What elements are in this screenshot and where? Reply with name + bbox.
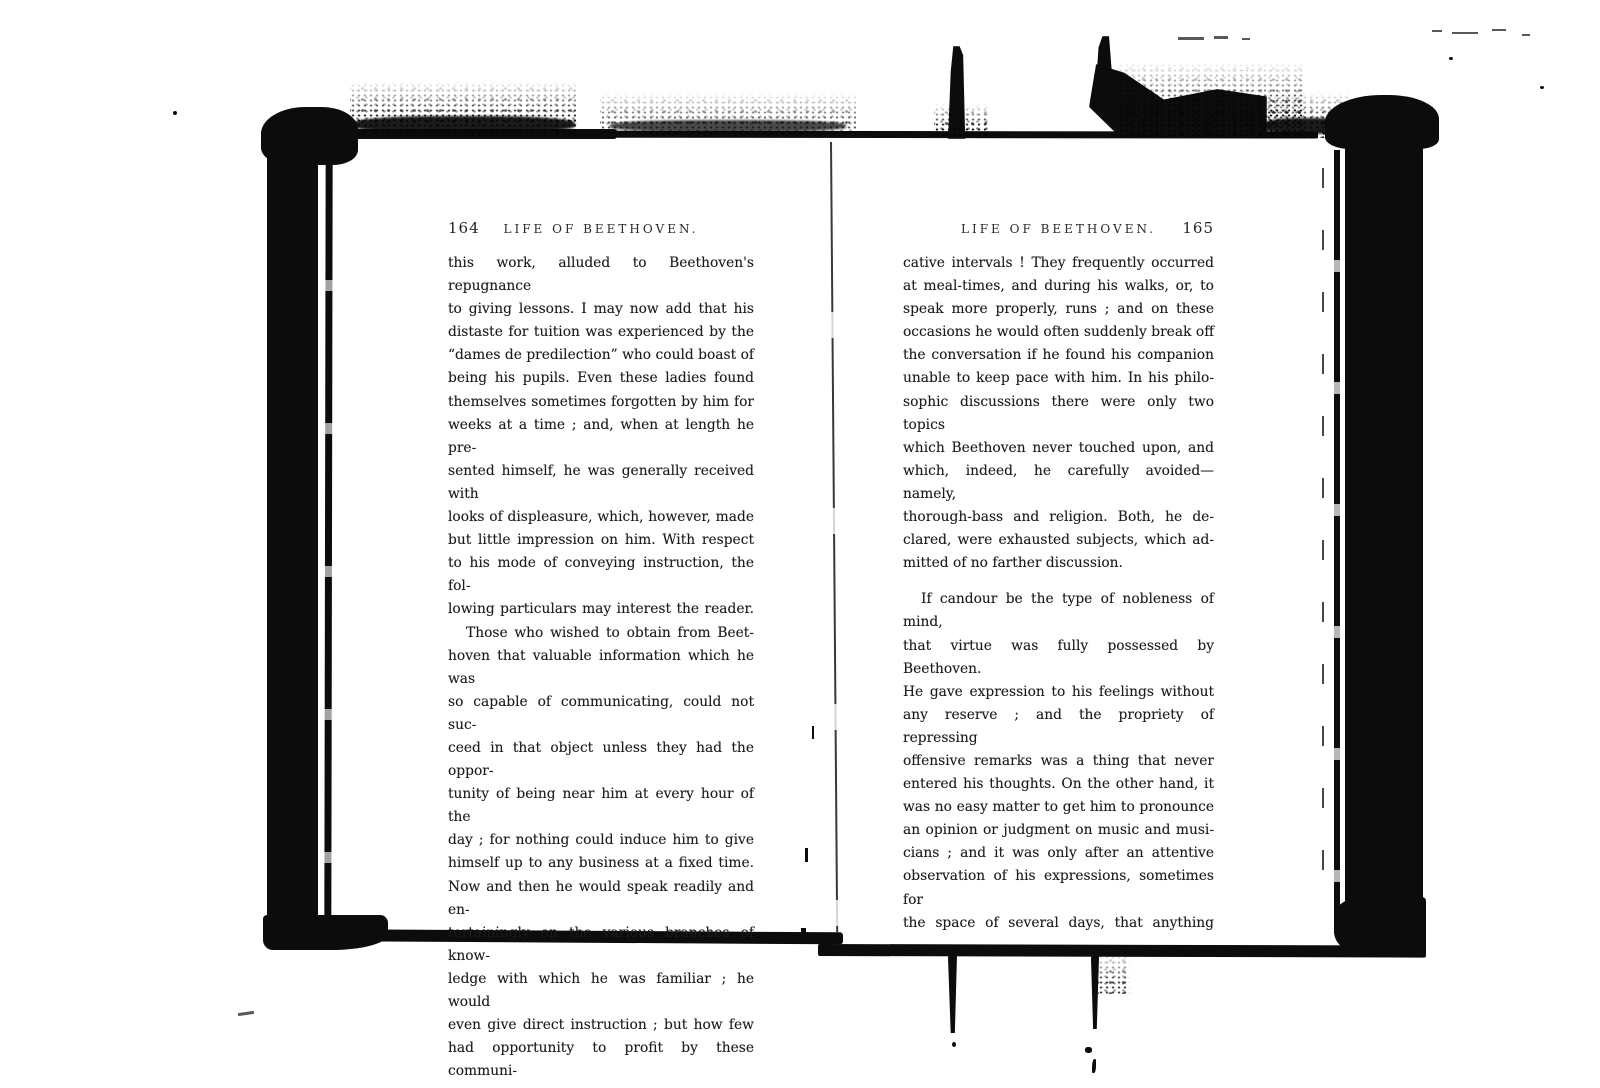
text-line: unable to keep pace with him. In his phi… [903,367,1214,390]
text-line: observation of his expressions, sometime… [903,865,1214,911]
right-page-edge-line [1334,150,1340,932]
ink-dash [1214,36,1228,39]
ink-dot [952,1042,956,1047]
text-line: cians ; and it was only after an attenti… [903,842,1214,865]
text-line: sophic discussions there were only two t… [903,391,1214,437]
text-line: being his pupils. Even these ladies foun… [448,367,754,390]
text-line: sented himself, he was generally receive… [448,460,754,506]
ink-smudge-cloud [1098,950,1130,994]
text-line: offensive remarks was a thing that never [903,750,1214,773]
text-line: “dames de predilection” who could boast … [448,344,754,367]
text-line: lowing particulars may interest the read… [448,598,754,621]
ink-dot [1085,1047,1092,1053]
text-line: even give direct instruction ; but how f… [448,1014,754,1037]
left-book-edge-corner-blob [261,107,358,165]
text-line: ledge with which he was familiar ; he wo… [448,968,754,1014]
text-line: He gave expression to his feelings witho… [903,681,1214,704]
text-line: ceed in that object unless they had the … [448,737,754,783]
left-running-head: LIFE OF BEETHOVEN. [448,222,754,236]
text-line: this work, alluded to Beethoven's repugn… [448,252,754,298]
text-line: so capable of communicating, could not s… [448,691,754,737]
left-book-edge-ink-band [267,118,318,948]
text-line: to giving lessons. I may now add that hi… [448,298,754,321]
gutter-tick [812,726,814,739]
text-line: to his mode of conveying instruction, th… [448,552,754,598]
text-line: occasions he would often suddenly break … [903,321,1214,344]
text-line: himself up to any business at a fixed ti… [448,852,754,875]
text-line: the conversation if he found his compani… [903,344,1214,367]
text-line: was no easy matter to get him to pronoun… [903,796,1214,819]
text-line: distaste for tuition was experienced by … [448,321,754,344]
ink-dot [173,111,177,115]
text-line: entered his thoughts. On the other hand,… [903,773,1214,796]
gutter-tick [805,848,808,862]
ink-dash [1432,30,1442,32]
right-book-edge-corner-blob [1325,95,1439,149]
left-page-edge-line [324,148,332,926]
text-line: tertainingly on the various branches of … [448,922,754,968]
ink-smudge-cloud [934,102,988,138]
left-page-text: this work, alluded to Beethoven's repugn… [448,252,754,1083]
ink-dash [238,1011,254,1016]
text-line: that virtue was fully possessed by Beeth… [903,635,1214,681]
ink-dot [1449,57,1453,60]
ink-smudge-strip [610,120,846,132]
text-line: thorough-bass and religion. Both, he de- [903,506,1214,529]
text-line: any reserve ; and the propriety of repre… [903,704,1214,750]
right-page-header: LIFE OF BEETHOVEN. 165 [903,219,1214,241]
ink-dash [1452,32,1478,34]
scanned-book-spread: 164 LIFE OF BEETHOVEN. this work, allude… [0,0,1600,1088]
right-folio-number: 165 [1182,219,1214,237]
paragraph: this work, alluded to Beethoven's repugn… [448,252,754,622]
text-line: Now and then he would speak readily and … [448,876,754,922]
gutter-tick [801,928,806,934]
text-line: hoven that valuable information which he… [448,645,754,691]
text-line: but little impression on him. With respe… [448,529,754,552]
text-line: speak more properly, runs ; and on these [903,298,1214,321]
text-line: mitted of no farther discussion. [903,552,1214,575]
paragraph: If candour be the type of nobleness of m… [903,588,1214,934]
text-line: tunity of being near him at every hour o… [448,783,754,829]
text-line: cative intervals ! They frequently occur… [903,252,1214,275]
ink-dash [1492,29,1506,31]
ink-dot [1540,86,1544,89]
ink-dash [1522,34,1530,36]
ink-drip [948,951,957,1033]
text-line: the space of several days, that anything [903,912,1214,935]
text-line: which Beethoven never touched upon, and [903,437,1214,460]
paragraph: Those who wished to obtain from Beet-hov… [448,622,754,1084]
text-line: themselves sometimes forgotten by him fo… [448,391,754,414]
ink-dash [1178,37,1204,40]
text-line: weeks at a time ; and, when at length he… [448,414,754,460]
right-running-head: LIFE OF BEETHOVEN. [903,222,1214,236]
text-line: If candour be the type of nobleness of m… [903,588,1214,634]
text-line: looks of displeasure, which, however, ma… [448,506,754,529]
text-line: which, indeed, he carefully avoided—name… [903,460,1214,506]
ink-smudge-strip [353,116,575,133]
text-line: had opportunity to profit by these commu… [448,1037,754,1083]
text-line: day ; for nothing could induce him to gi… [448,829,754,852]
text-line: an opinion or judgment on music and musi… [903,819,1214,842]
text-line: Those who wished to obtain from Beet- [448,622,754,645]
paragraph: cative intervals ! They frequently occur… [903,252,1214,575]
left-page-header: 164 LIFE OF BEETHOVEN. [448,219,754,241]
text-line: at meal-times, and during his walks, or,… [903,275,1214,298]
ink-dash [1242,38,1250,40]
right-page-dashed-line [1322,168,1324,874]
ink-squiggle [1092,1059,1096,1073]
right-page-text: cative intervals ! They frequently occur… [903,252,1214,935]
center-gutter-line [830,142,838,932]
right-book-edge-ink-band [1345,114,1423,954]
text-line: clared, were exhausted subjects, which a… [903,529,1214,552]
